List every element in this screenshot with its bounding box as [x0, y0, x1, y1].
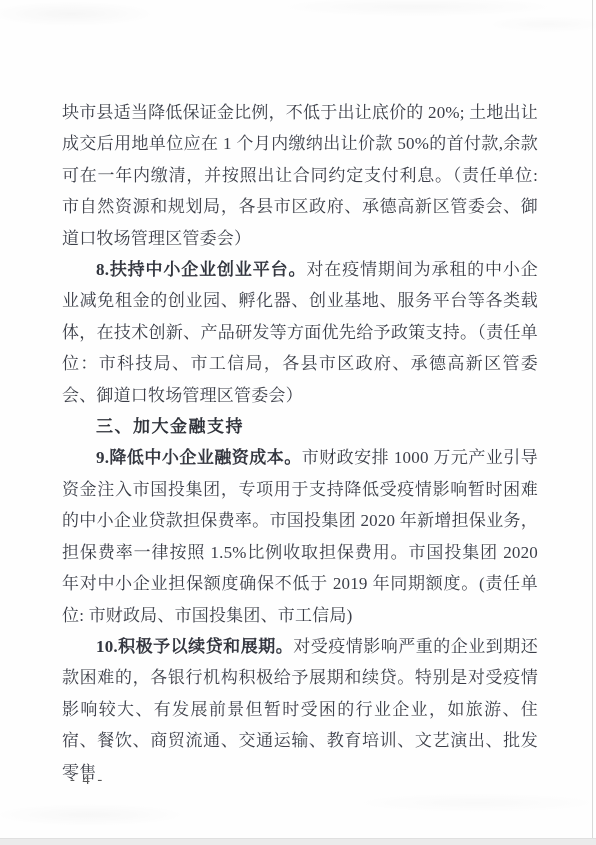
item-9-text: 市财政安排 1000 万元产业引导资金注入市国投集团，专项用于支持降低受疫情影响…	[62, 448, 538, 624]
paragraph-continuation-text: 块市县适当降低保证金比例，不低于出让底价的 20%; 土地出让成交后用地单位应在…	[62, 103, 538, 248]
paragraph-item-8: 8.扶持中小企业创业平台。对在疫情期间为承租的中小企业减免租金的创业园、孵化器、…	[62, 254, 538, 411]
item-9-heading: 9.降低中小企业融资成本。	[96, 448, 302, 467]
page-edge-bottom	[0, 838, 596, 845]
page-number: - 4 -	[70, 772, 104, 789]
item-10-text: 对受疫情影响严重的企业到期还款困难的，各银行机构积极给予展期和续贷。特别是对受疫…	[62, 637, 538, 782]
scanned-document-page: 块市县适当降低保证金比例，不低于出让底价的 20%; 土地出让成交后用地单位应在…	[0, 0, 596, 845]
paragraph-item-10: 10.积极予以续贷和展期。对受疫情影响严重的企业到期还款困难的，各银行机构积极给…	[62, 631, 538, 788]
document-body: 块市县适当降低保证金比例，不低于出让底价的 20%; 土地出让成交后用地单位应在…	[62, 97, 538, 788]
section-heading-3: 三、加大金融支持	[62, 411, 538, 442]
scan-noise-top	[0, 0, 596, 70]
item-8-heading: 8.扶持中小企业创业平台。	[96, 260, 306, 279]
paragraph-item-9: 9.降低中小企业融资成本。市财政安排 1000 万元产业引导资金注入市国投集团，…	[62, 442, 538, 630]
page-edge-right	[592, 0, 593, 839]
item-10-heading: 10.积极予以续贷和展期。	[96, 637, 293, 656]
item-8-text: 对在疫情期间为承租的中小企业减免租金的创业园、孵化器、创业基地、服务平台等各类载…	[62, 260, 538, 405]
paragraph-continuation: 块市县适当降低保证金比例，不低于出让底价的 20%; 土地出让成交后用地单位应在…	[62, 97, 538, 254]
